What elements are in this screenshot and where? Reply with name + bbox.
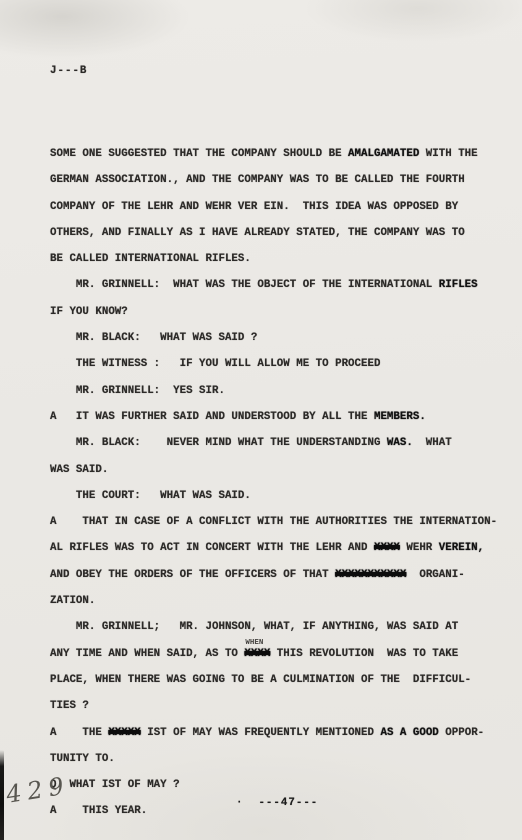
text-segment: RIFLES <box>439 279 478 291</box>
text-segment: WAS. <box>387 437 413 449</box>
text-segment: IF YOU KNOW? <box>50 306 128 318</box>
text-segment: A THAT IN CASE OF A CONFLICT WITH THE AU… <box>50 516 497 528</box>
text-segment: AS A GOOD <box>380 727 438 739</box>
text-segment: TIES ? <box>50 700 89 712</box>
transcript-line: MR. GRINNELL; MR. JOHNSON, WHAT, IF ANYT… <box>50 614 512 640</box>
text-segment: AND OBEY THE ORDERS OF THE OFFICERS OF T… <box>50 569 335 581</box>
text-segment: AMALGAMATED <box>348 148 419 160</box>
text-segment: TUNITY TO. <box>50 753 115 765</box>
text-segment: PLACE, WHEN THERE WAS GOING TO BE A CULM… <box>50 674 471 686</box>
text-segment: MR. GRINNELL: WHAT WAS THE OBJECT OF THE… <box>50 279 439 291</box>
transcript-line: BE CALLED INTERNATIONAL RIFLES. <box>50 246 512 272</box>
transcript-line: A THE XXXXX IST OF MAY WAS FREQUENTLY ME… <box>50 720 512 746</box>
transcript-line: MR. BLACK: WHAT WAS SAID ? <box>50 325 512 351</box>
struck-out-text: XXXXWHEN <box>244 648 270 660</box>
transcript-line: MR. GRINNELL: YES SIR. <box>50 378 512 404</box>
text-segment: BE CALLED INTERNATIONAL RIFLES. <box>50 253 251 265</box>
text-segment: AL RIFLES WAS TO ACT IN CONCERT WITH THE… <box>50 542 374 554</box>
text-segment: OTHERS, AND FINALLY AS I HAVE ALREADY ST… <box>50 227 465 239</box>
text-segment: MR. GRINNELL; MR. JOHNSON, WHAT, IF ANYT… <box>50 621 458 633</box>
text-segment: WITH THE <box>419 148 477 160</box>
text-segment: ANY TIME AND WHEN SAID, AS TO <box>50 648 244 660</box>
transcript-line: AL RIFLES WAS TO ACT IN CONCERT WITH THE… <box>50 535 512 561</box>
text-segment: A THE <box>50 727 108 739</box>
text-segment: WHAT <box>413 437 452 449</box>
text-segment: THIS REVOLUTION WAS TO TAKE <box>270 648 458 660</box>
text-segment: WEHR <box>400 542 439 554</box>
text-segment: VEREIN, <box>439 542 484 554</box>
transcript-line: SOME ONE SUGGESTED THAT THE COMPANY SHOU… <box>50 141 512 167</box>
text-segment: ORGANI- <box>406 569 464 581</box>
transcript-line: IF YOU KNOW? <box>50 299 512 325</box>
struck-out-text: XXXXX <box>108 727 140 739</box>
transcript-line: PLACE, WHEN THERE WAS GOING TO BE A CULM… <box>50 667 512 693</box>
transcript-line: MR. GRINNELL: WHAT WAS THE OBJECT OF THE… <box>50 272 512 298</box>
text-segment: THE COURT: WHAT WAS SAID. <box>50 490 251 502</box>
struck-out-text: XXXX <box>374 542 400 554</box>
text-segment: ZATION. <box>50 595 95 607</box>
text-segment: OPPOR- <box>439 727 484 739</box>
transcript-line: THE WITNESS : IF YOU WILL ALLOW ME TO PR… <box>50 351 512 377</box>
transcript-line: A THAT IN CASE OF A CONFLICT WITH THE AU… <box>50 509 512 535</box>
text-segment: COMPANY OF THE LEHR AND WEHR VER EIN. TH… <box>50 201 458 213</box>
text-segment: A IT WAS FURTHER SAID AND UNDERSTOOD BY … <box>50 411 374 423</box>
struck-out-text: XXXXXXXXXXX <box>335 569 406 581</box>
text-segment: GERMAN ASSOCIATION., AND THE COMPANY WAS… <box>50 174 465 186</box>
transcript-line: MR. BLACK: NEVER MIND WHAT THE UNDERSTAN… <box>50 430 512 456</box>
transcript-line: TUNITY TO. <box>50 746 512 772</box>
page-number: · ---47--- <box>236 797 318 809</box>
transcript-line: ZATION. <box>50 588 512 614</box>
scan-edge-artifact <box>0 750 4 840</box>
transcript-line: Q WHAT IST OF MAY ? <box>50 772 512 798</box>
text-segment: MR. BLACK: NEVER MIND WHAT THE UNDERSTAN… <box>50 437 387 449</box>
transcript-line: AND OBEY THE ORDERS OF THE OFFICERS OF T… <box>50 562 512 588</box>
text-segment: MEMBERS. <box>374 411 426 423</box>
text-segment: IST OF MAY WAS FREQUENTLY MENTIONED <box>141 727 381 739</box>
text-segment: MR. GRINNELL: YES SIR. <box>50 385 225 397</box>
transcript-lines: SOME ONE SUGGESTED THAT THE COMPANY SHOU… <box>50 141 512 825</box>
text-segment: A THIS YEAR. <box>50 805 147 817</box>
transcript-line: A IT WAS FURTHER SAID AND UNDERSTOOD BY … <box>50 404 512 430</box>
text-segment: WAS SAID. <box>50 464 108 476</box>
text-segment: SOME ONE SUGGESTED THAT THE COMPANY SHOU… <box>50 148 348 160</box>
transcript-line: OTHERS, AND FINALLY AS I HAVE ALREADY ST… <box>50 220 512 246</box>
interline-insertion: WHEN <box>245 639 263 647</box>
transcript-line: COMPANY OF THE LEHR AND WEHR VER EIN. TH… <box>50 194 512 220</box>
typist-mark: J---B <box>50 65 87 77</box>
text-segment: THE WITNESS : IF YOU WILL ALLOW ME TO PR… <box>50 358 380 370</box>
text-segment: MR. BLACK: WHAT WAS SAID ? <box>50 332 257 344</box>
transcript-line: GERMAN ASSOCIATION., AND THE COMPANY WAS… <box>50 167 512 193</box>
transcript-line: THE COURT: WHAT WAS SAID. <box>50 483 512 509</box>
transcript-line: ANY TIME AND WHEN SAID, AS TO XXXXWHEN T… <box>50 641 512 667</box>
transcript-line: WAS SAID. <box>50 457 512 483</box>
transcript-line: TIES ? <box>50 693 512 719</box>
